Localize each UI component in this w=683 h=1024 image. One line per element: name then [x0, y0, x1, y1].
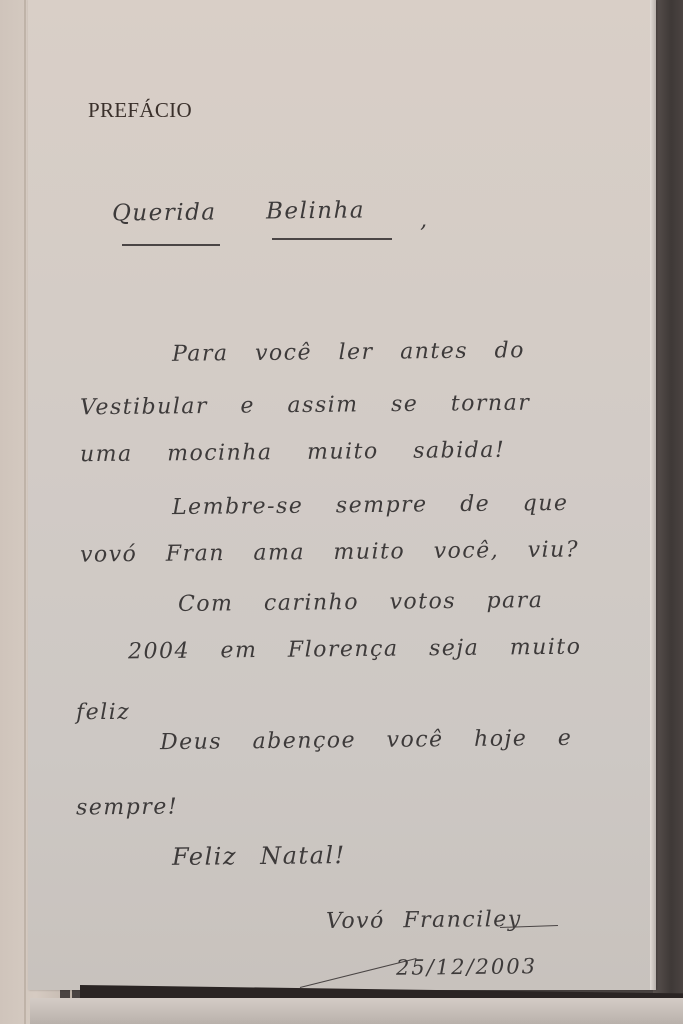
page-edge-line [24, 0, 26, 1024]
letter-line-3: uma mocinha muito sabida! [80, 438, 506, 467]
folded-page-bottom [30, 998, 683, 1024]
dark-background [653, 0, 683, 1024]
letter-line-10: sempre! [76, 794, 178, 820]
signature-date: 25/12/2003 [396, 954, 537, 979]
letter-line-4: Lembre-se sempre de que [172, 491, 569, 520]
letter-line-7: 2004 em Florença seja muito [128, 635, 582, 665]
letter-line-8: feliz [76, 700, 131, 726]
letter-line-1: Para você ler antes do [172, 338, 525, 367]
letter-line-9: Deus abençoe você hoje e [160, 726, 573, 755]
salutation-underline-2 [272, 238, 392, 240]
signature: Vovó Franciley [326, 907, 522, 934]
letter-line-5: vovó Fran ama muito você, viu? [80, 537, 579, 567]
page-right-edge [650, 0, 656, 990]
salutation-underline-1 [122, 244, 220, 246]
letter-line-2: Vestibular e assim se tornar [80, 391, 531, 421]
page-heading: PREFÁCIO [88, 98, 192, 123]
salutation-punctuation: , [420, 208, 429, 233]
salutation-word-2: Belinha [266, 197, 365, 224]
letter-line-6: Com carinho votos para [178, 588, 544, 617]
letter-closing: Feliz Natal! [172, 841, 346, 871]
salutation-word-1: Querida [112, 199, 217, 226]
